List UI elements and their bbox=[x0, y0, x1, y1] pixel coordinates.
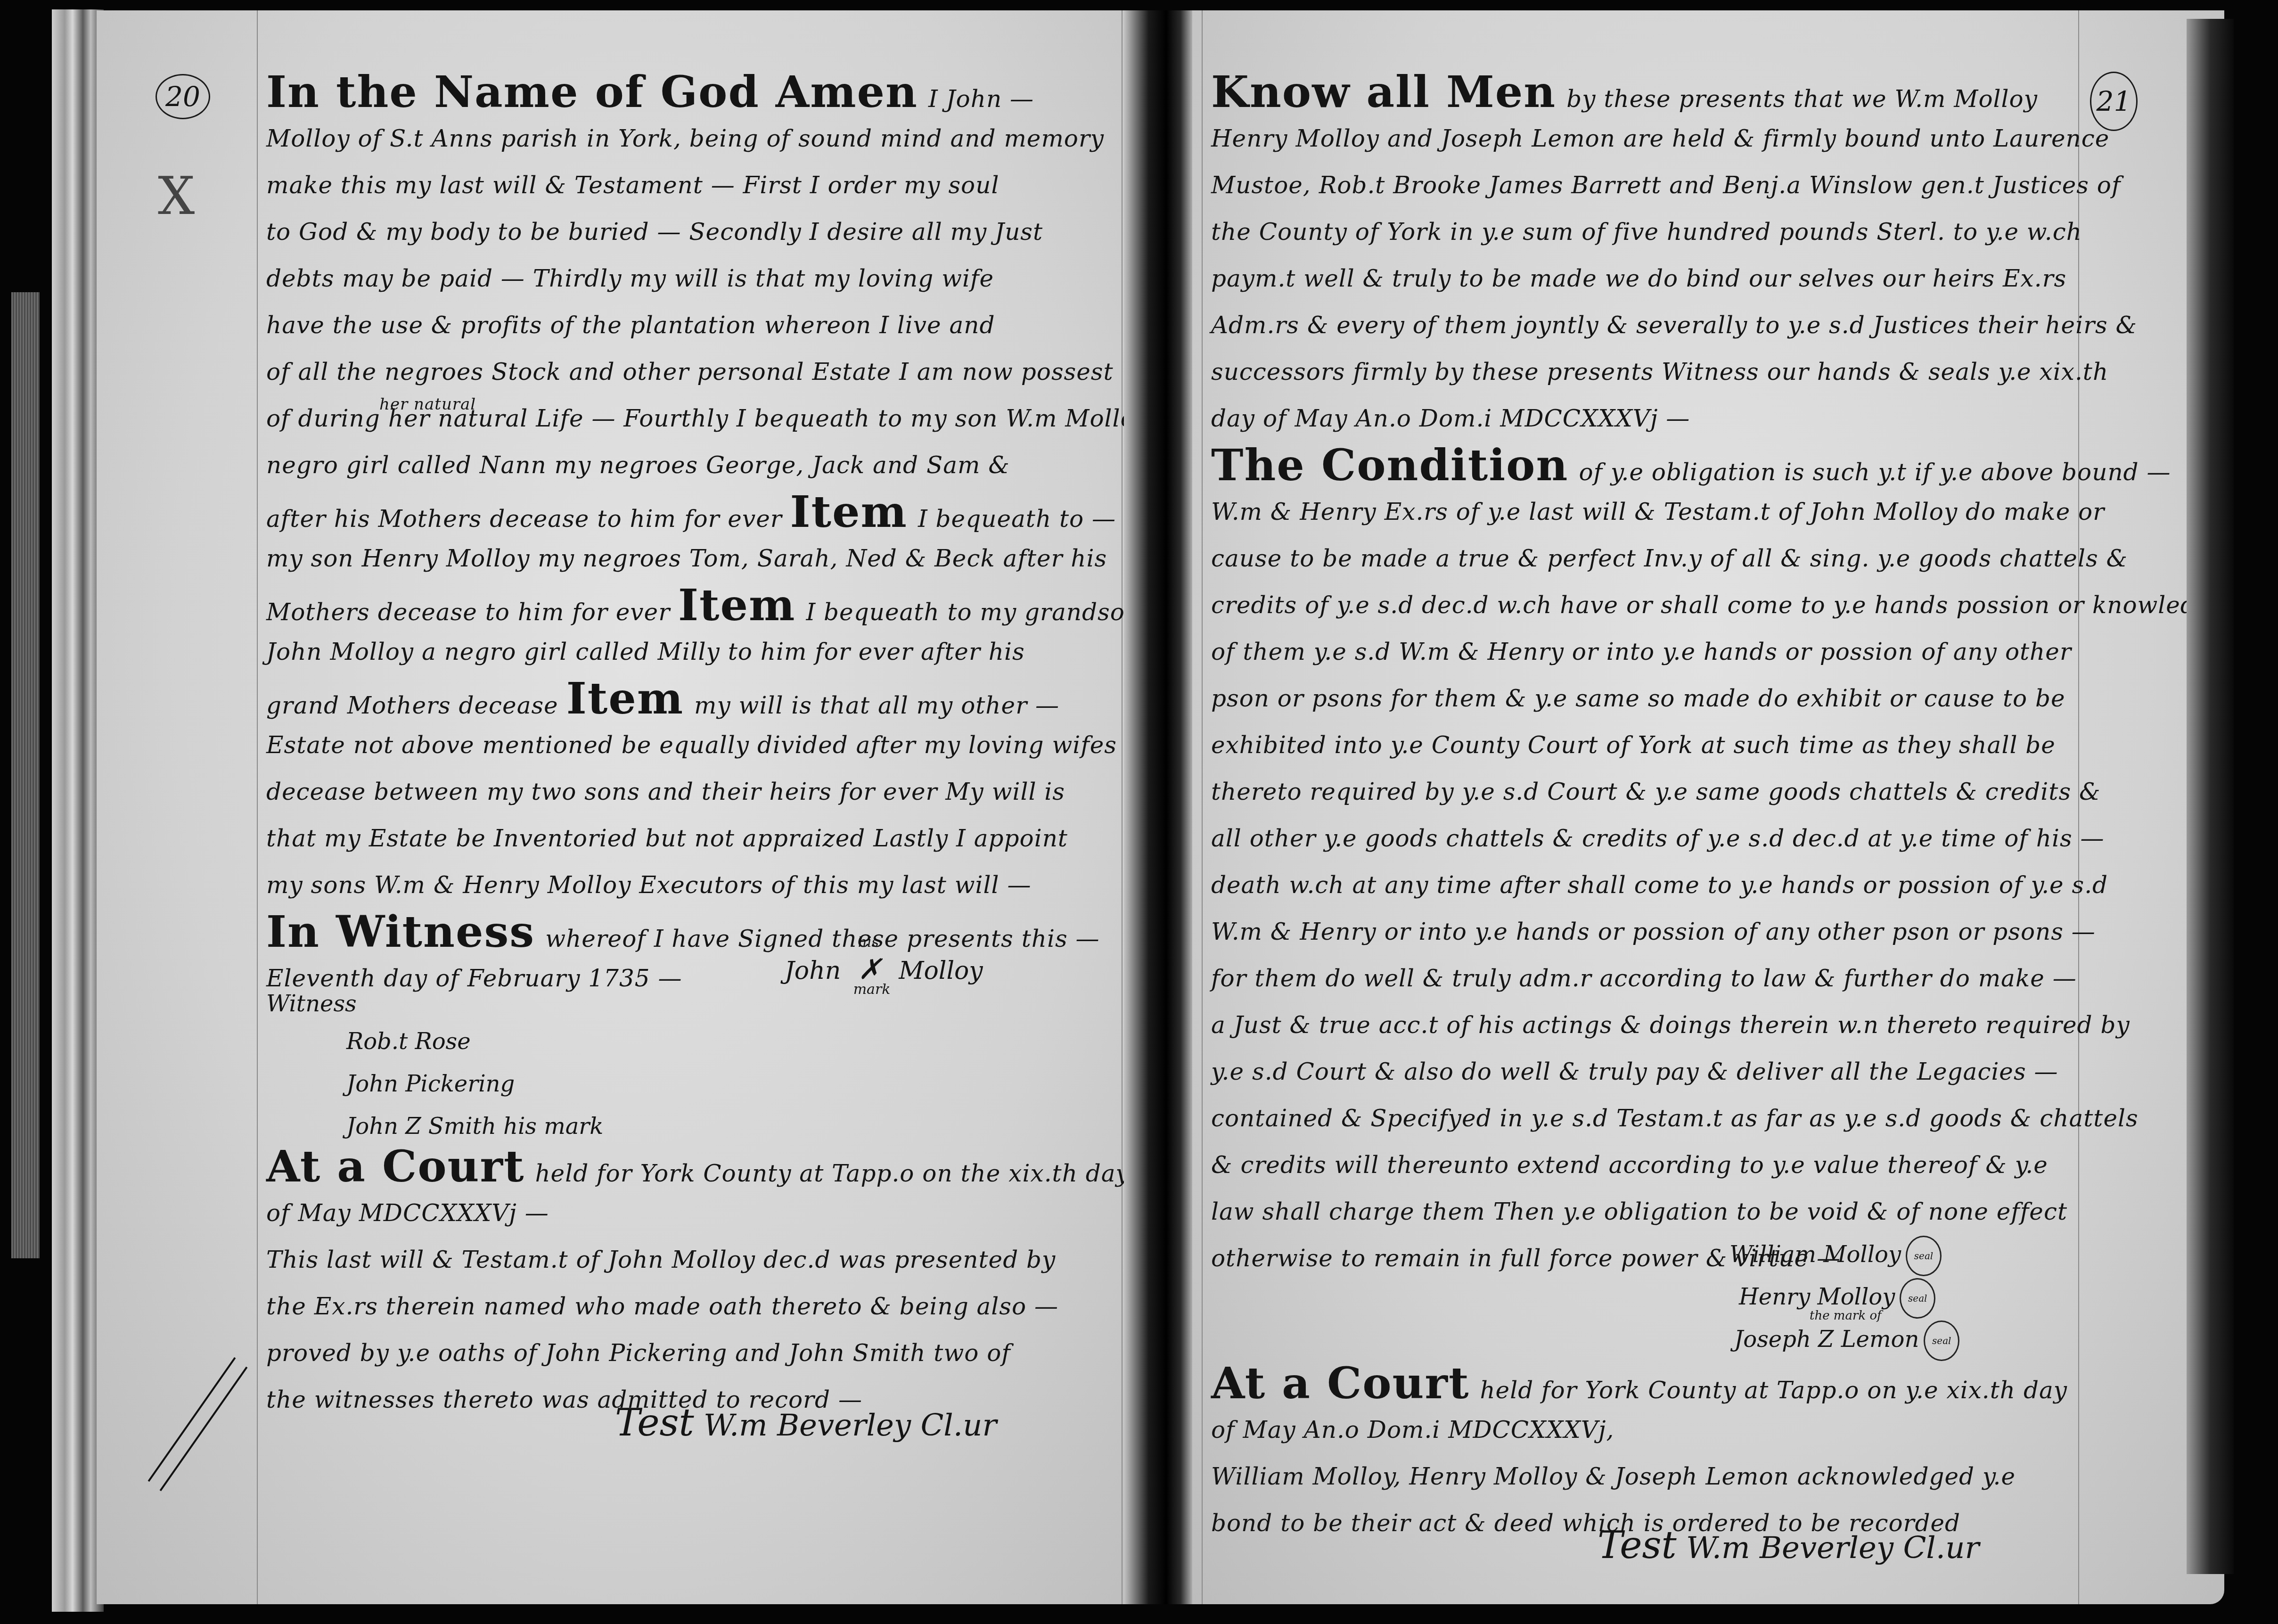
manuscript-line: death w.ch at any time after shall come … bbox=[1211, 869, 2073, 916]
manuscript-line: of them y.e s.d W.m & Henry or into y.e … bbox=[1211, 636, 2073, 683]
strike-line bbox=[160, 1367, 248, 1491]
line-text: paym.t well & truly to be made we do bin… bbox=[1211, 265, 2066, 292]
mark-below: mark bbox=[853, 981, 891, 998]
manuscript-line: credits of y.e s.d dec.d w.ch have or sh… bbox=[1211, 590, 2073, 636]
right-page: 21 Know all Menby these presents that we… bbox=[1192, 10, 2224, 1604]
line-text: the County of York in y.e sum of five hu… bbox=[1211, 218, 2082, 246]
line-text: y.e s.d Court & also do well & truly pay… bbox=[1211, 1058, 2058, 1085]
attestation-left: Test W.m Beverley Cl.ur bbox=[615, 1401, 997, 1444]
manuscript-line: Adm.rs & every of them joyntly & several… bbox=[1211, 310, 2073, 356]
signatory-name: Henry Molloy bbox=[1739, 1284, 1895, 1310]
line-text: the Ex.rs therein named who made oath th… bbox=[266, 1293, 1058, 1320]
line-text: Mothers decease to him for ever bbox=[266, 599, 670, 626]
binding-cloth bbox=[11, 292, 40, 1258]
manuscript-line: Estate not above mentioned be equally di… bbox=[266, 730, 1114, 776]
manuscript-line: thereto required by y.e s.d Court & y.e … bbox=[1211, 776, 2073, 823]
line-text: W.m & Henry Ex.rs of y.e last will & Tes… bbox=[1211, 498, 2105, 525]
section-heading: At a Court bbox=[1211, 1358, 1469, 1409]
bond-text: Know all Menby these presents that we W.… bbox=[1211, 76, 2073, 1289]
line-text: negro girl called Nann my negroes George… bbox=[266, 451, 1010, 479]
section-heading: The Condition bbox=[1211, 440, 1568, 491]
line-text: Mustoe, Rob.t Brooke James Barrett and B… bbox=[1211, 172, 2121, 199]
left-page-edges bbox=[52, 9, 104, 1612]
section-heading: At a Court bbox=[266, 1141, 524, 1192]
line-text: contained & Specifyed in y.e s.d Testam.… bbox=[1211, 1105, 2139, 1132]
wax-seal-icon: seal bbox=[1924, 1321, 1959, 1361]
mark-above: his bbox=[858, 934, 879, 951]
line-text: of May An.o Dom.i MDCCXXXVj, bbox=[1211, 1416, 1614, 1444]
testator-signature: John his ✗ mark Molloy bbox=[785, 953, 983, 986]
line-text: that my Estate be Inventoried but not ap… bbox=[266, 825, 1068, 852]
line-text: I bequeath to my grandson bbox=[806, 599, 1140, 626]
clerk-signature: W.m Beverley Cl.ur bbox=[1686, 1531, 1979, 1566]
line-text: Henry Molloy and Joseph Lemon are held &… bbox=[1211, 125, 2109, 152]
testator-last-name: Molloy bbox=[899, 957, 983, 985]
right-page-edges bbox=[2187, 19, 2234, 1574]
line-text: my son Henry Molloy my negroes Tom, Sara… bbox=[266, 545, 1107, 572]
witness-label: Witness bbox=[266, 991, 357, 1017]
line-text: held for York County at Tapp.o on the xi… bbox=[535, 1160, 1129, 1187]
teste-label: Test bbox=[1598, 1523, 1677, 1567]
manuscript-line: William Molloy, Henry Molloy & Joseph Le… bbox=[1211, 1461, 2073, 1508]
manuscript-line: the County of York in y.e sum of five hu… bbox=[1211, 216, 2073, 263]
manuscript-line: otherwise to remain in full force power … bbox=[1211, 1243, 2073, 1289]
line-text: thereto required by y.e s.d Court & y.e … bbox=[1211, 778, 2100, 805]
manuscript-line: y.e s.d Court & also do well & truly pay… bbox=[1211, 1056, 2073, 1103]
section-heading: Know all Men bbox=[1211, 66, 1556, 117]
manuscript-line: Know all Menby these presents that we W.… bbox=[1211, 76, 2073, 123]
section-heading: Item bbox=[790, 486, 908, 537]
line-text: Estate not above mentioned be equally di… bbox=[266, 731, 1117, 759]
line-text: cause to be made a true & perfect Inv.y … bbox=[1211, 545, 2128, 572]
section-heading: Item bbox=[566, 673, 684, 724]
manuscript-line: make this my last will & Testament — Fir… bbox=[266, 170, 1114, 216]
manuscript-line: This last will & Testam.t of John Molloy… bbox=[266, 1244, 1114, 1291]
line-text: pson or psons for them & y.e same so mad… bbox=[1211, 685, 2065, 712]
manuscript-line: Mothers decease to him for ever ItemI be… bbox=[266, 590, 1114, 636]
signatory-1: William Molloyseal bbox=[1729, 1236, 1942, 1276]
manuscript-line: John Molloy a negro girl called Milly to… bbox=[266, 636, 1114, 683]
manuscript-line: The Conditionof y.e obligation is such y… bbox=[1211, 450, 2073, 496]
manuscript-line: grand Mothers decease Itemmy will is tha… bbox=[266, 683, 1114, 730]
witness-3: John Z Smith his mark bbox=[346, 1113, 603, 1140]
witness-1: Rob.t Rose bbox=[346, 1028, 471, 1055]
manuscript-line: pson or psons for them & y.e same so mad… bbox=[1211, 683, 2073, 730]
section-heading: In Witness bbox=[266, 906, 535, 957]
line-text: exhibited into y.e County Court of York … bbox=[1211, 731, 2056, 759]
manuscript-line: proved by y.e oaths of John Pickering an… bbox=[266, 1337, 1114, 1384]
manuscript-line: In the Name of God AmenI John — bbox=[266, 76, 1114, 123]
manuscript-line: her naturalof during her natural Life — … bbox=[266, 403, 1114, 450]
line-text: all other y.e goods chattels & credits o… bbox=[1211, 825, 2104, 852]
line-text: credits of y.e s.d dec.d w.ch have or sh… bbox=[1211, 591, 2226, 619]
witness-2: John Pickering bbox=[346, 1071, 515, 1097]
signatory-3: Joseph Z Lemonseal bbox=[1734, 1321, 1959, 1361]
line-text: a Just & true acc.t of his actings & doi… bbox=[1211, 1011, 2130, 1039]
manuscript-line: that my Estate be Inventoried but not ap… bbox=[266, 823, 1114, 869]
book-gutter bbox=[1124, 10, 1195, 1604]
manuscript-line: the Ex.rs therein named who made oath th… bbox=[266, 1291, 1114, 1337]
manuscript-line: contained & Specifyed in y.e s.d Testam.… bbox=[1211, 1103, 2073, 1149]
court-record-left: At a Courtheld for York County at Tapp.o… bbox=[266, 1151, 1114, 1431]
line-text: of May MDCCXXXVj — bbox=[266, 1199, 549, 1227]
line-text: Eleventh day of February 1735 — bbox=[266, 965, 682, 992]
line-text: decease between my two sons and their he… bbox=[266, 778, 1065, 805]
strike-line bbox=[148, 1357, 236, 1482]
manuscript-line: paym.t well & truly to be made we do bin… bbox=[1211, 263, 2073, 310]
signatory-name: Joseph Z Lemon bbox=[1734, 1326, 1919, 1353]
line-text: successors firmly by these presents Witn… bbox=[1211, 358, 2108, 385]
manuscript-line: all other y.e goods chattels & credits o… bbox=[1211, 823, 2073, 869]
outer-rule bbox=[2078, 10, 2079, 1604]
line-text: have the use & profits of the plantation… bbox=[266, 312, 995, 339]
attestation-right: Test W.m Beverley Cl.ur bbox=[1598, 1523, 1979, 1567]
line-text: law shall charge them Then y.e obligatio… bbox=[1211, 1198, 2067, 1225]
margin-mark: X bbox=[158, 166, 195, 226]
line-text: proved by y.e oaths of John Pickering an… bbox=[266, 1339, 1011, 1367]
line-text: I John — bbox=[928, 85, 1034, 113]
teste-label: Test bbox=[615, 1401, 694, 1444]
clerk-signature: W.m Beverley Cl.ur bbox=[704, 1408, 997, 1443]
line-text: by these presents that we W.m Molloy bbox=[1566, 85, 2038, 113]
section-heading: In the Name of God Amen bbox=[266, 66, 918, 117]
manuscript-line: have the use & profits of the plantation… bbox=[266, 310, 1114, 356]
manuscript-line: for them do well & truly adm.r according… bbox=[1211, 963, 2073, 1009]
line-text: of them y.e s.d W.m & Henry or into y.e … bbox=[1211, 638, 2072, 665]
margin-rule bbox=[1202, 10, 1203, 1604]
manuscript-line: At a Courtheld for York County at Tapp.o… bbox=[266, 1151, 1114, 1197]
line-text: for them do well & truly adm.r according… bbox=[1211, 965, 2077, 992]
line-text: I bequeath to — bbox=[918, 505, 1116, 533]
folio-number: 21 bbox=[2090, 72, 2138, 131]
manuscript-line: of May An.o Dom.i MDCCXXXVj, bbox=[1211, 1414, 2073, 1461]
manuscript-line: negro girl called Nann my negroes George… bbox=[266, 450, 1114, 496]
manuscript-line: after his Mothers decease to him for eve… bbox=[266, 496, 1114, 543]
signatory-name: William Molloy bbox=[1729, 1241, 1901, 1268]
manuscript-line: Molloy of S.t Anns parish in York, being… bbox=[266, 123, 1114, 170]
line-text: grand Mothers decease bbox=[266, 692, 558, 719]
line-text: John Molloy a negro girl called Milly to… bbox=[266, 638, 1025, 665]
line-text: debts may be paid — Thirdly my will is t… bbox=[266, 265, 994, 292]
manuscript-line: exhibited into y.e County Court of York … bbox=[1211, 730, 2073, 776]
manuscript-line: law shall charge them Then y.e obligatio… bbox=[1211, 1196, 2073, 1243]
manuscript-line: decease between my two sons and their he… bbox=[266, 776, 1114, 823]
manuscript-line: Mustoe, Rob.t Brooke James Barrett and B… bbox=[1211, 170, 2073, 216]
line-text: W.m & Henry or into y.e hands or possion… bbox=[1211, 918, 2096, 945]
line-text: my will is that all my other — bbox=[694, 692, 1059, 719]
manuscript-line: cause to be made a true & perfect Inv.y … bbox=[1211, 543, 2073, 590]
line-text: to God & my body to be buried — Secondly… bbox=[266, 218, 1043, 246]
line-text: Molloy of S.t Anns parish in York, being… bbox=[266, 125, 1104, 152]
manuscript-line: debts may be paid — Thirdly my will is t… bbox=[266, 263, 1114, 310]
testator-first-name: John bbox=[785, 957, 841, 985]
manuscript-line: Eleventh day of February 1735 — bbox=[266, 963, 1114, 1009]
manuscript-line: successors firmly by these presents Witn… bbox=[1211, 356, 2073, 403]
manuscript-line: to God & my body to be buried — Secondly… bbox=[266, 216, 1114, 263]
line-text: William Molloy, Henry Molloy & Joseph Le… bbox=[1211, 1463, 2016, 1490]
line-text: after his Mothers decease to him for eve… bbox=[266, 505, 782, 533]
manuscript-line: W.m & Henry or into y.e hands or possion… bbox=[1211, 916, 2073, 963]
section-heading: Item bbox=[678, 580, 795, 631]
will-text: In the Name of God AmenI John —Molloy of… bbox=[266, 76, 1114, 1009]
outer-rule bbox=[1122, 10, 1123, 1604]
line-text: make this my last will & Testament — Fir… bbox=[266, 172, 999, 199]
left-page: 20 X In the Name of God AmenI John —Moll… bbox=[97, 10, 1171, 1604]
line-text: my sons W.m & Henry Molloy Executors of … bbox=[266, 871, 1031, 899]
line-text: held for York County at Tapp.o on y.e xi… bbox=[1480, 1377, 2067, 1404]
margin-rule bbox=[257, 10, 258, 1604]
line-text: of y.e obligation is such y.t if y.e abo… bbox=[1579, 459, 2171, 486]
line-text: day of May An.o Dom.i MDCCXXXVj — bbox=[1211, 405, 1690, 432]
wax-seal-icon: seal bbox=[1906, 1236, 1942, 1276]
line-text: & credits will thereunto extend accordin… bbox=[1211, 1151, 2048, 1179]
manuscript-line: of May MDCCXXXVj — bbox=[266, 1197, 1114, 1244]
manuscript-line: At a Courtheld for York County at Tapp.o… bbox=[1211, 1368, 2073, 1414]
line-text: death w.ch at any time after shall come … bbox=[1211, 871, 2108, 899]
line-text: whereof I have Signed these presents thi… bbox=[545, 925, 1099, 952]
line-text: This last will & Testam.t of John Molloy… bbox=[266, 1246, 1056, 1273]
manuscript-line: a Just & true acc.t of his actings & doi… bbox=[1211, 1009, 2073, 1056]
line-text: of all the negroes Stock and other perso… bbox=[266, 358, 1114, 385]
manuscript-line: Henry Molloy and Joseph Lemon are held &… bbox=[1211, 123, 2073, 170]
line-text: Adm.rs & every of them joyntly & several… bbox=[1211, 312, 2137, 339]
wax-seal-icon: seal bbox=[1900, 1278, 1935, 1319]
manuscript-line: In Witnesswhereof I have Signed these pr… bbox=[266, 916, 1114, 963]
folio-number: 20 bbox=[156, 74, 210, 119]
manuscript-line: & credits will thereunto extend accordin… bbox=[1211, 1149, 2073, 1196]
manuscript-line: W.m & Henry Ex.rs of y.e last will & Tes… bbox=[1211, 496, 2073, 543]
